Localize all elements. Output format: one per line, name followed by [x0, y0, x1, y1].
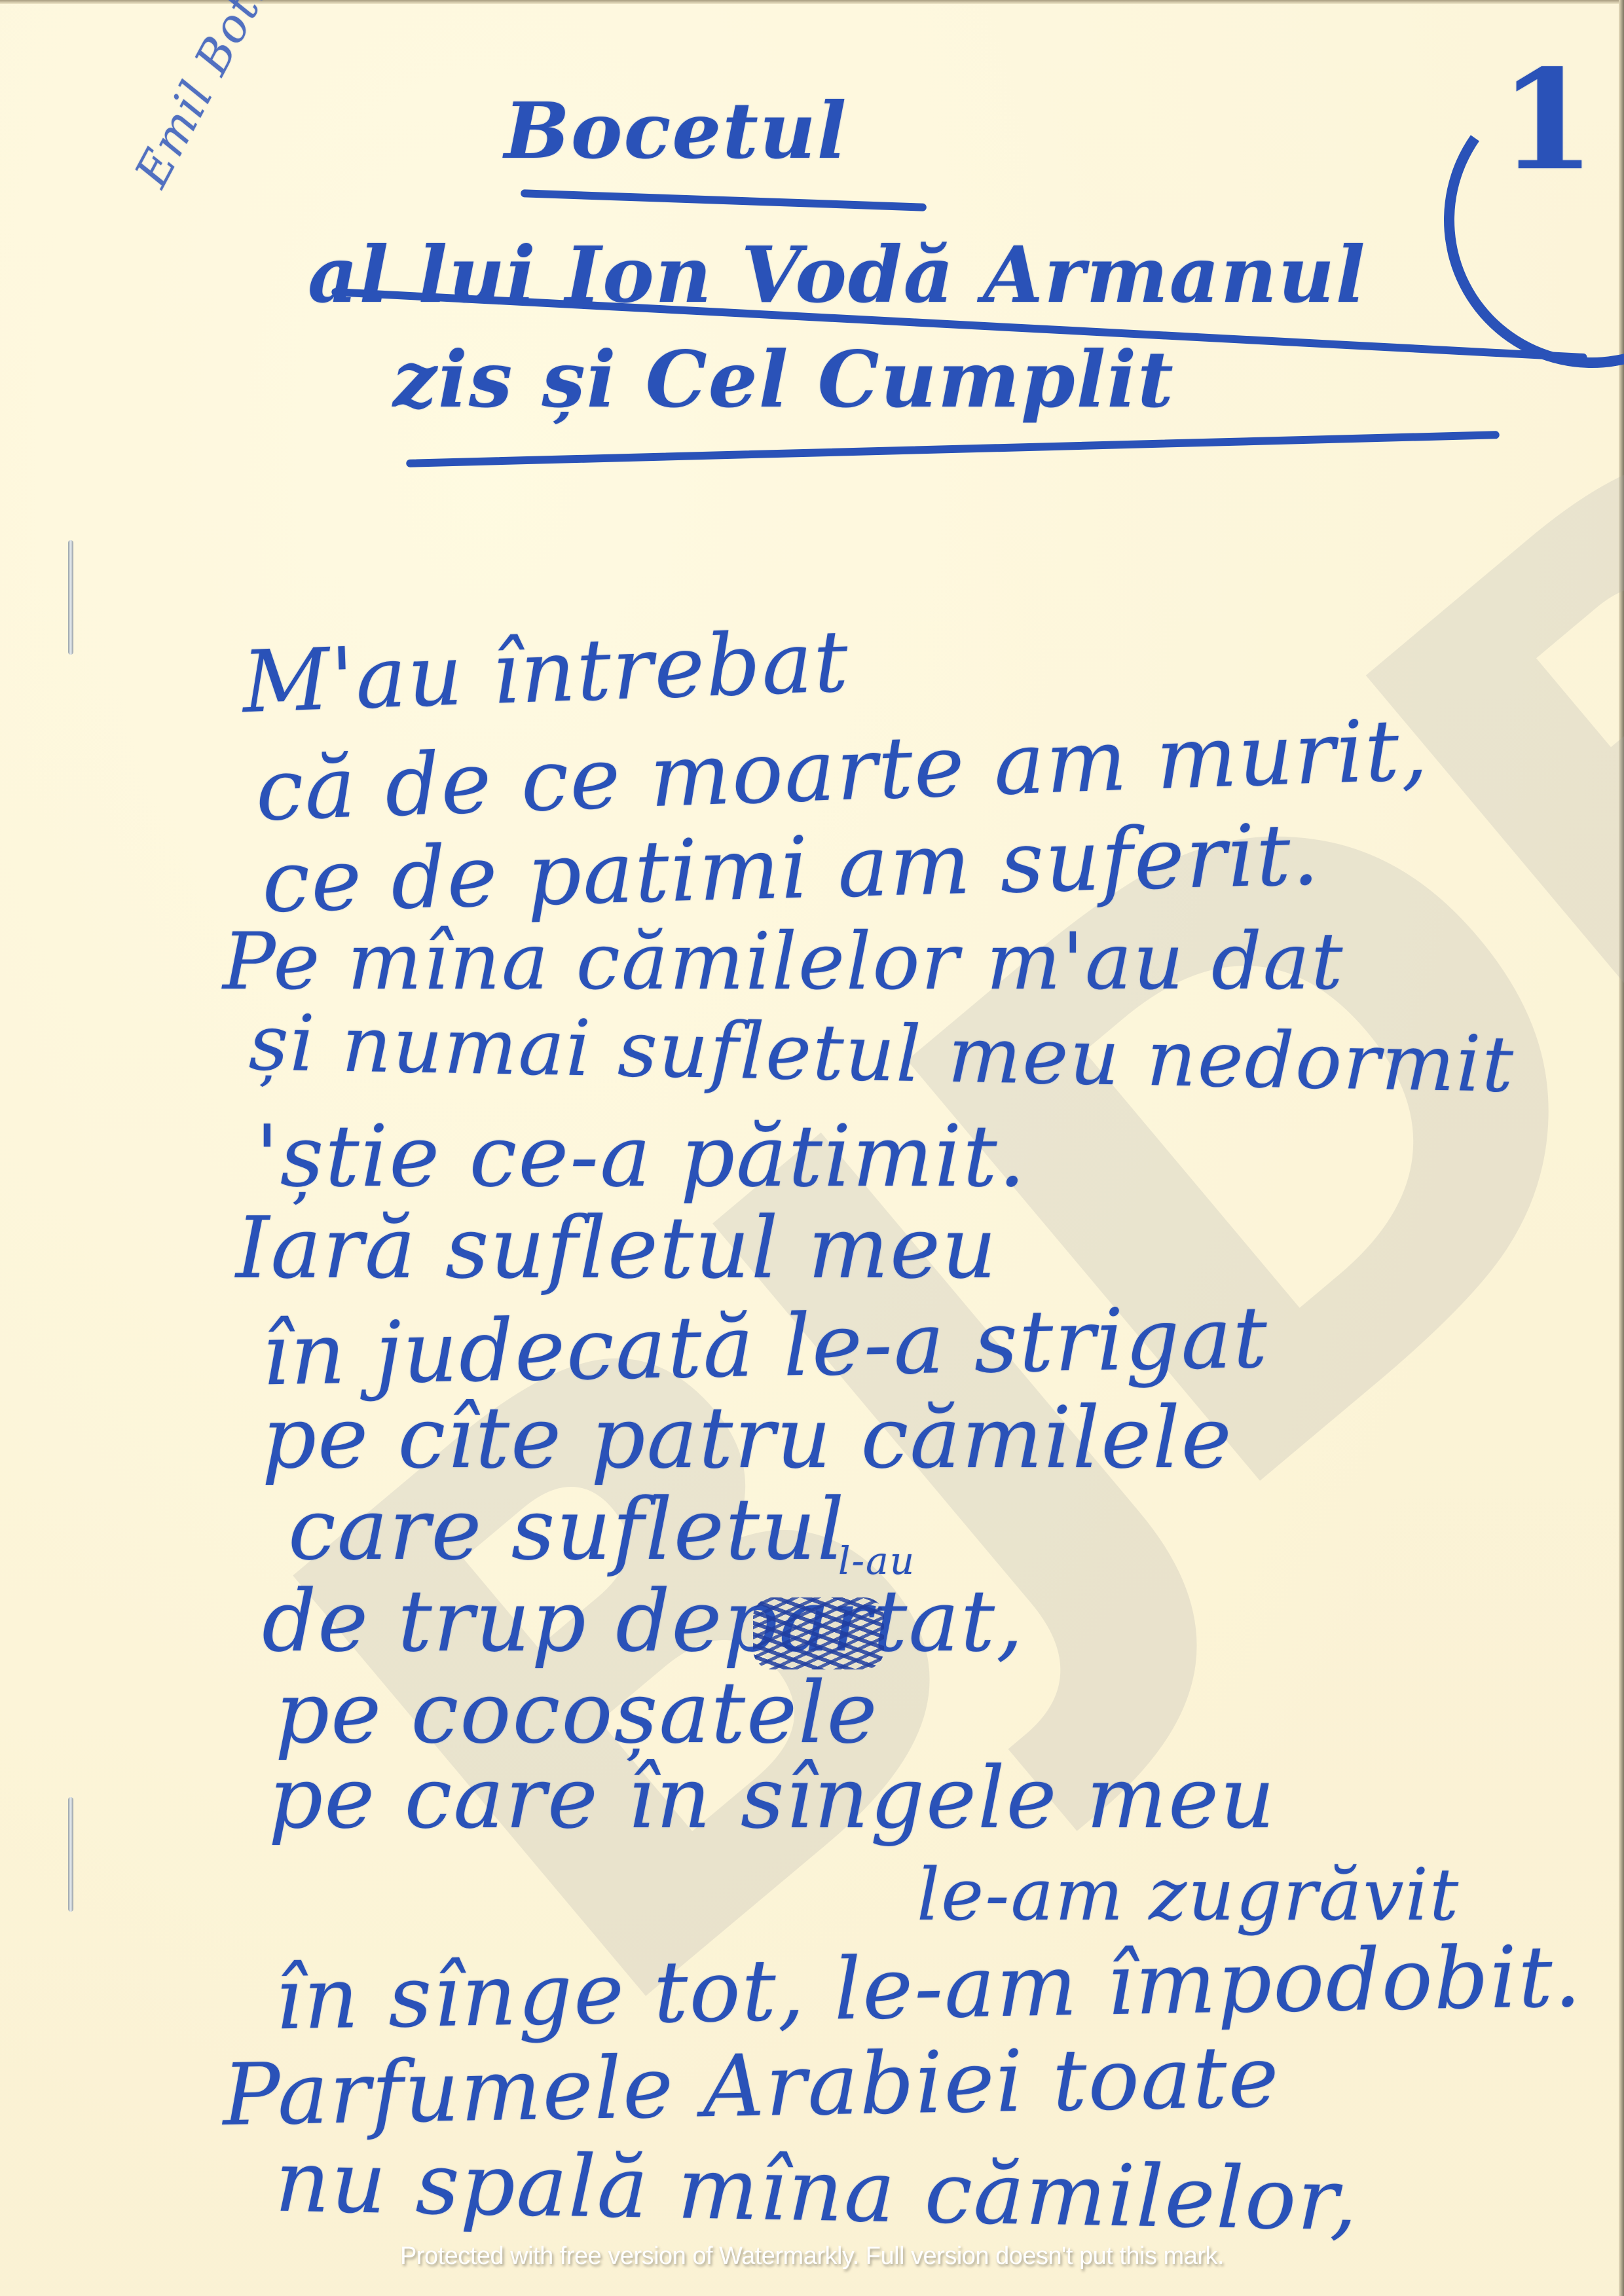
crossed-out-word: [753, 1597, 884, 1669]
page-number: 1: [1500, 39, 1596, 201]
staple-bottom: [68, 1797, 73, 1912]
verse-line: de trup departat,: [262, 1571, 1024, 1671]
verse-line: 'știe ce-a pătimit.: [255, 1106, 1027, 1206]
author-signature: Emil Botta #4: [124, 0, 320, 195]
verse-line: M'au întrebat: [241, 611, 851, 732]
inserted-correction: l-au: [838, 1539, 915, 1583]
title-underline-1: [521, 189, 927, 211]
verse-line: în judecată le-a strigat: [261, 1288, 1270, 1405]
verse-line: nu spală mîna cămilelor,: [274, 2132, 1359, 2250]
verse-line: pe care în sîngele meu: [268, 1748, 1276, 1848]
verse-line: Parfumele Arabiei toate: [222, 2027, 1281, 2145]
verse-line: Pe mîna cămilelor m'au dat: [223, 917, 1344, 1008]
title-underline-3: [406, 431, 1500, 467]
staple-top: [68, 540, 73, 655]
verse-line: care sufletul: [288, 1480, 845, 1579]
verse-line: în sînge tot, le-am împodobit.: [274, 1927, 1583, 2049]
manuscript-page: BJDB Emil Botta #4 1 Bocetul al lui Ion …: [0, 0, 1624, 2296]
signature-name: Emil Botta: [124, 0, 293, 195]
title-line-1: Bocetul: [504, 85, 848, 176]
title-line-2: al lui Ion Vodă Armanul: [308, 229, 1367, 320]
verse-line: pe cîte patru cămilele: [262, 1388, 1233, 1487]
verse-line: le-am zugrăvit: [917, 1853, 1460, 1937]
verse-line: Iară sufletul meu: [236, 1198, 998, 1298]
watermarkly-footer: Protected with free version of Watermark…: [0, 2242, 1624, 2270]
title-line-3: zis și Cel Cumplit: [393, 334, 1175, 425]
